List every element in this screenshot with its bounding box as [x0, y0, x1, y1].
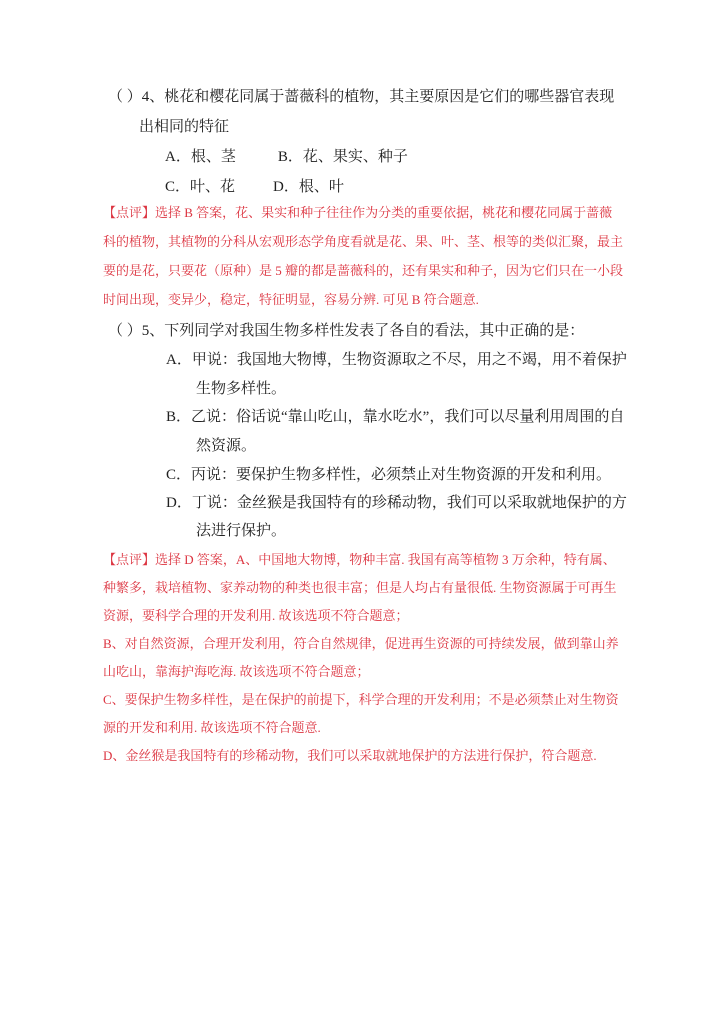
question5-option-a-line2: 生物多样性。: [196, 380, 286, 399]
question4-option-c: C．叶、花: [165, 179, 235, 195]
comment4-line: 【点评】选择 B 答案，花、果实和种子往往作为分类的重要依据，桃花和樱花同属于蔷…: [103, 205, 612, 221]
question5-option-d-line2: 法进行保护。: [196, 522, 286, 541]
question4-option-d: D．根、叶: [273, 179, 344, 195]
comment5-line: 资源，要科学合理的开发利用. 故该选项不符合题意；: [103, 608, 409, 624]
question5-option-b-line2: 然资源。: [196, 437, 256, 456]
comment5-line: 山吃山，靠海护海吃海. 故该选项不符合题意；: [103, 664, 370, 680]
comment4-line: 要的是花，只要花（原种）是 5 瓣的都是蔷薇科的，还有果实和种子，因为它们只在一…: [103, 263, 623, 279]
comment5-line: D、金丝猴是我国特有的珍稀动物，我们可以采取就地保护的方法进行保护，符合题意.: [103, 748, 597, 764]
question4-option-b: B．花、果实、种子: [278, 149, 408, 165]
question4-options-row2: C．叶、花D．根、叶: [165, 178, 344, 197]
question5-option-a-line1: A．甲说：我国地大物博，生物资源取之不尽，用之不竭，用不着保护: [166, 351, 627, 370]
question5-option-c: C．丙说：要保护生物多样性，必须禁止对生物资源的开发和利用。: [166, 466, 611, 485]
comment5-line: 种繁多，栽培植物、家养动物的种类也很丰富；但是人均占有量很低. 生物资源属于可再…: [103, 580, 617, 596]
comment4-line: 科的植物，其植物的分科从宏观形态学角度看就是花、果、叶、茎、根等的类似汇聚，最主: [103, 234, 623, 250]
question4-option-a: A．根、茎: [165, 149, 236, 165]
comment5-line: C、要保护生物多样性，是在保护的前提下，科学合理的开发利用；不是必须禁止对生物资: [103, 692, 619, 708]
question4-options-row1: A．根、茎B．花、果实、种子: [165, 148, 408, 167]
question4-stem-line2: 出相同的特征: [139, 118, 229, 137]
comment5-line: 源的开发和利用. 故该选项不符合题意.: [103, 720, 321, 736]
comment5-line: 【点评】选择 D 答案，A、中国地大物博，物种丰富. 我国有高等植物 3 万余种…: [103, 552, 616, 568]
question5-option-b-line1: B．乙说：俗话说“靠山吃山，靠水吃水”，我们可以尽量利用周围的自: [166, 408, 624, 427]
comment4-line: 时间出现，变异少，稳定，特征明显，容易分辨. 可见 B 符合题意.: [103, 292, 479, 308]
comment5-line: B、对自然资源，合理开发利用，符合自然规律，促进再生资源的可持续发展，做到靠山养: [103, 636, 619, 652]
question4-stem-line1: （ ）4、桃花和樱花同属于蔷薇科的植物，其主要原因是它们的哪些器官表现: [108, 88, 614, 107]
question5-option-d-line1: D．丁说：金丝猴是我国特有的珍稀动物，我们可以采取就地保护的方: [166, 494, 627, 513]
document-page: （ ）4、桃花和樱花同属于蔷薇科的植物，其主要原因是它们的哪些器官表现 出相同的…: [0, 0, 720, 1019]
question5-stem: （ ）5、下列同学对我国生物多样性发表了各自的看法，其中正确的是：: [108, 322, 584, 341]
